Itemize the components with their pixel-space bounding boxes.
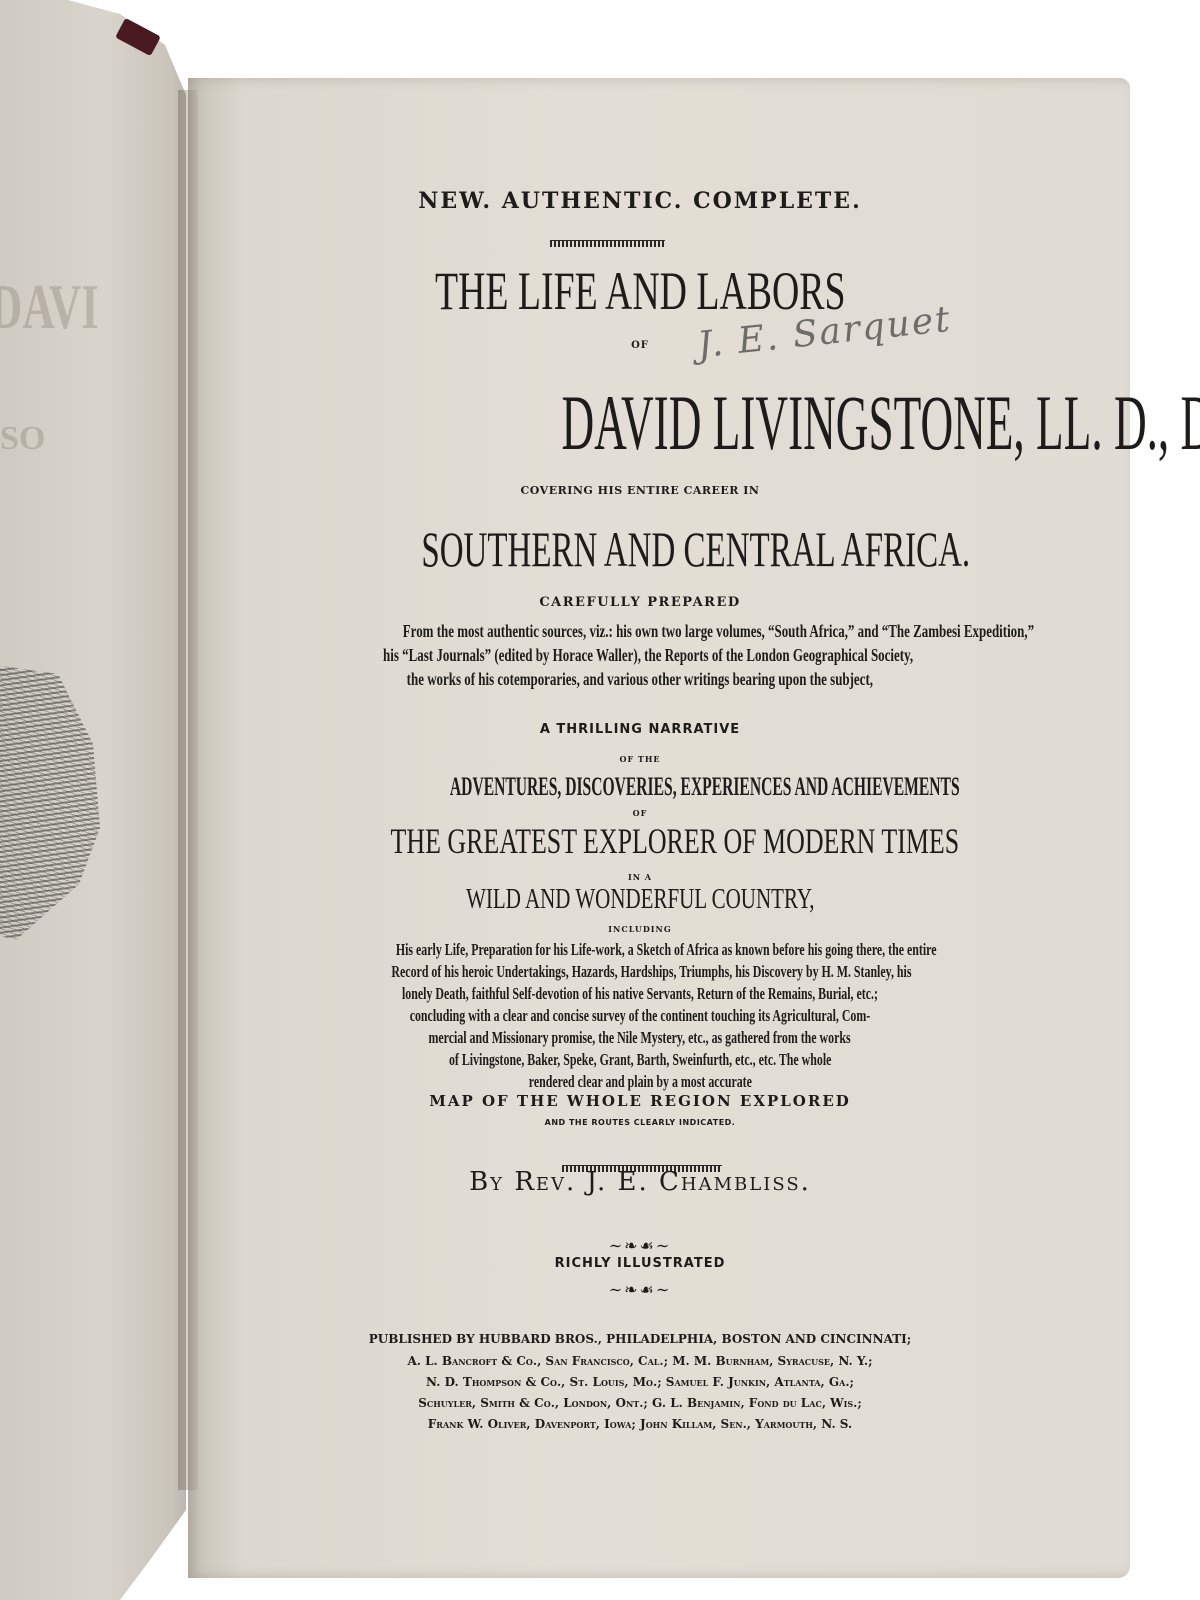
book-gutter: [178, 90, 198, 1490]
contents-line-4: concluding with a clear and concise surv…: [410, 1006, 871, 1026]
sources-line-2: his “Last Journals” (edited by Horace Wa…: [383, 645, 913, 666]
tagline: NEW. AUTHENTIC. COMPLETE.: [280, 188, 1000, 214]
illustrated-line: RICHLY ILLUSTRATED: [280, 1256, 1000, 1271]
contents-line-1: His early Life, Preparation for his Life…: [396, 940, 937, 960]
in-a-connector: IN A: [280, 872, 1000, 882]
carefully-prepared: CAREFULLY PREPARED: [280, 595, 1000, 610]
publisher-line-1: PUBLISHED BY HUBBARD BROS., PHILADELPHIA…: [280, 1332, 1000, 1346]
map-line: MAP OF THE WHOLE REGION EXPLORED: [280, 1092, 1000, 1110]
subject-name: DAVID LIVINGSTONE, LL. D., D. C. L.,: [561, 378, 1200, 468]
of-the-connector: OF THE: [280, 754, 1000, 764]
contents-line-2: Record of his heroic Undertakings, Hazar…: [391, 962, 911, 982]
contents-line-3: lonely Death, faithful Self-devotion of …: [402, 984, 878, 1004]
engraving-illustration: [0, 660, 100, 940]
of-connector-2: OF: [280, 808, 1000, 818]
wavy-rule: [550, 240, 665, 247]
sources-line-3: the works of his cotemporaries, and vari…: [407, 669, 873, 690]
region-heading: SOUTHERN AND CENTRAL AFRICA.: [421, 520, 970, 578]
author-line: By Rev. J. E. Chambliss.: [280, 1167, 1000, 1197]
left-page-ghost-title: DAVI: [0, 270, 99, 344]
ornament-bottom-icon: ∼❧☙∼: [280, 1280, 1000, 1300]
covering-line: COVERING HIS ENTIRE CAREER IN: [280, 484, 1000, 497]
greatest-explorer-line: THE GREATEST EXPLORER OF MODERN TIMES: [391, 820, 960, 862]
left-facing-page: DAVI SO: [0, 0, 190, 1600]
country-line: WILD AND WONDERFUL COUNTRY,: [466, 884, 814, 916]
narrative-line: A THRILLING NARRATIVE: [280, 722, 1000, 737]
contents-line-5: mercial and Missionary promise, the Nile…: [429, 1028, 851, 1048]
sources-line-1: From the most authentic sources, viz.: h…: [403, 621, 1034, 642]
including-connector: INCLUDING: [280, 924, 1000, 934]
publisher-line-3: N. D. Thompson & Co., St. Louis, Mo.; Sa…: [280, 1375, 1000, 1389]
publisher-line-5: Frank W. Oliver, Davenport, Iowa; John K…: [280, 1417, 1000, 1431]
ornament-top-icon: ∼❧☙∼: [280, 1236, 1000, 1256]
contents-line-6: of Livingstone, Baker, Speke, Grant, Bar…: [449, 1050, 831, 1070]
contents-line-7: rendered clear and plain by a most accur…: [528, 1072, 751, 1092]
left-page-ghost-subtitle: SO: [0, 420, 45, 458]
adventures-line: ADVENTURES, DISCOVERIES, EXPERIENCES AND…: [450, 772, 960, 802]
publisher-line-4: Schuyler, Smith & Co., London, Ont.; G. …: [280, 1396, 1000, 1410]
title-line: THE LIFE AND LABORS: [435, 260, 846, 322]
routes-line: AND THE ROUTES CLEARLY INDICATED.: [280, 1118, 1000, 1127]
publisher-line-2: A. L. Bancroft & Co., San Francisco, Cal…: [280, 1354, 1000, 1368]
